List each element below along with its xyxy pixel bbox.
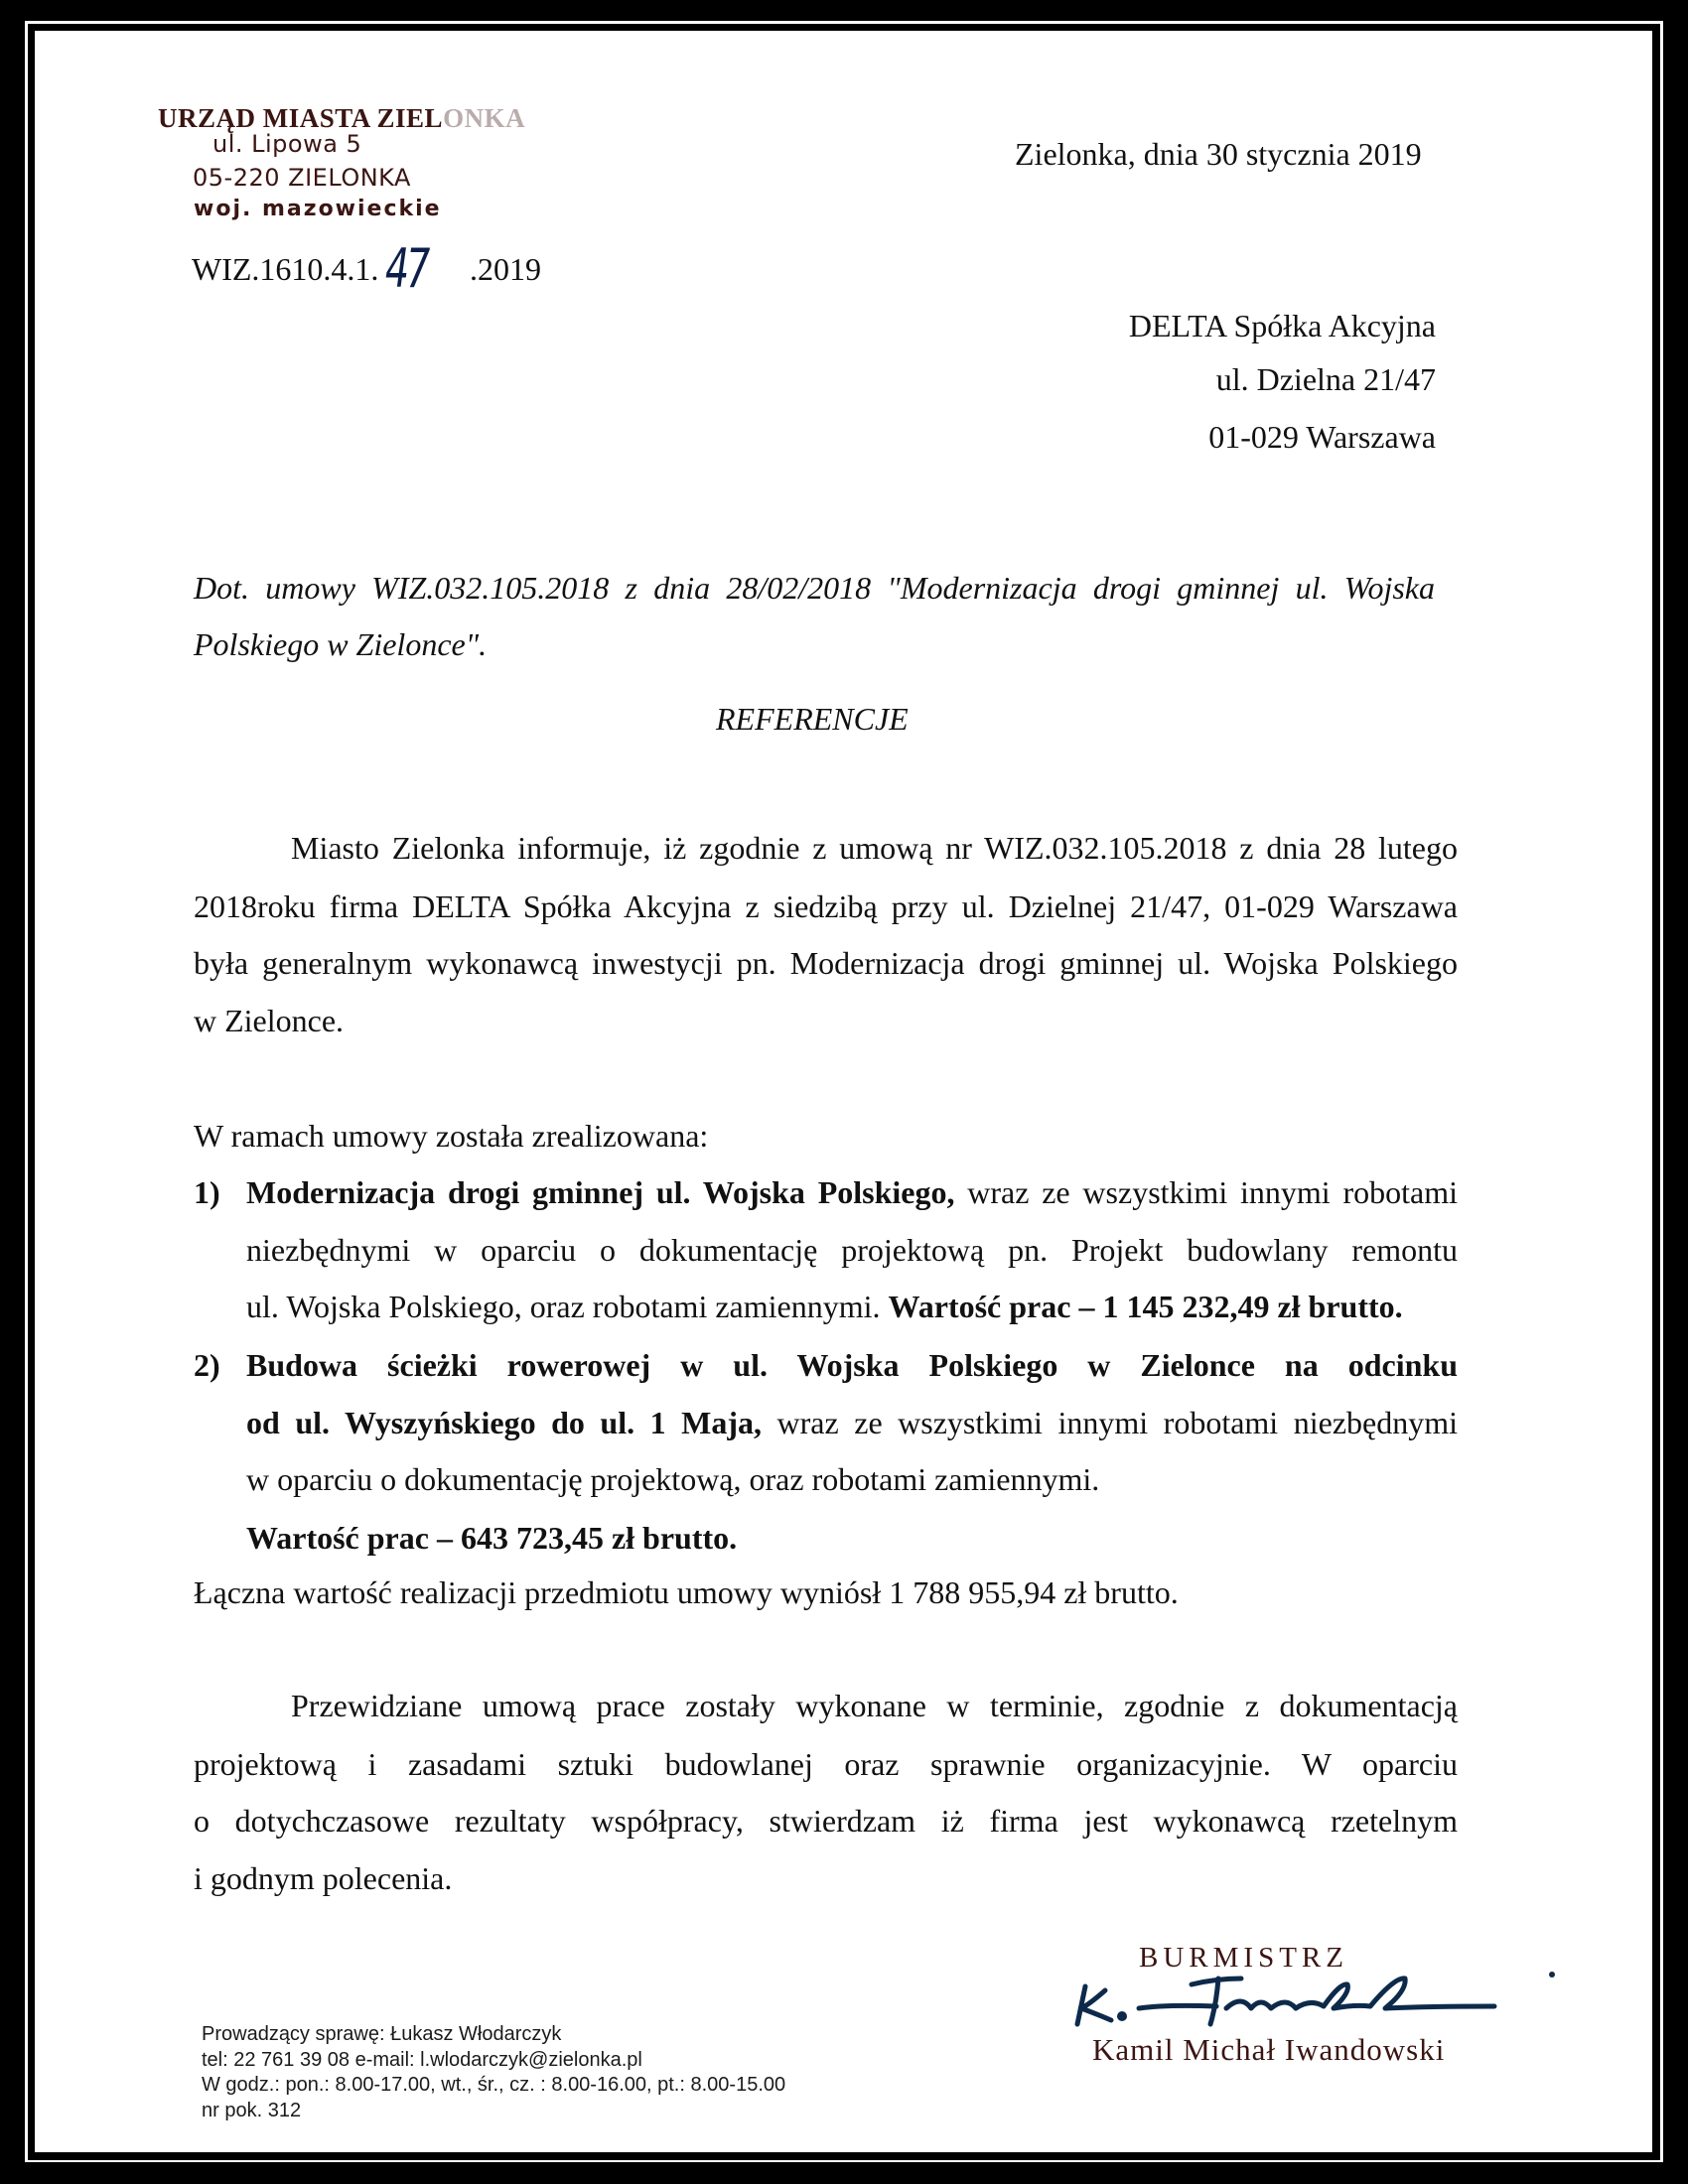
- paragraph-recommendation-line: o dotychczasowe rezultaty współpracy, st…: [194, 1805, 1458, 1837]
- paragraph-recommendation-line: i godnym polecenia.: [194, 1862, 452, 1894]
- item-number: 2): [194, 1349, 220, 1381]
- item-title: Modernizacja drogi gminnej ul. Wojska Po…: [246, 1174, 954, 1210]
- paragraph-intro-line: w Zielonce.: [194, 1005, 344, 1036]
- reference-prefix: WIZ.1610.4.1.: [192, 251, 378, 287]
- item-title: Budowa ścieżki rowerowej w ul. Wojska Po…: [246, 1349, 1458, 1381]
- footer-case-officer: Prowadzący sprawę: Łukasz Włodarczyk: [202, 2023, 561, 2046]
- paragraph-intro-line: była generalnym wykonawcą inwestycji pn.…: [194, 947, 1458, 979]
- item-line: ul. Wojska Polskiego, oraz robotami zami…: [246, 1291, 1403, 1322]
- recipient-name: DELTA Spółka Akcyjna: [1129, 308, 1436, 344]
- item-line: niezbędnymi w oparciu o dokumentację pro…: [246, 1234, 1458, 1266]
- item-title-cont: od ul. Wyszyńskiego do ul. 1 Maja,: [246, 1405, 762, 1440]
- stamp-city: 05-220 ZIELONKA: [193, 164, 411, 192]
- item-value: Wartość prac – 643 723,45 zł brutto.: [246, 1522, 737, 1554]
- paragraph-recommendation-line: projektową i zasadami sztuki budowlanej …: [194, 1748, 1458, 1780]
- item-text: ul. Wojska Polskiego, oraz robotami zami…: [246, 1289, 889, 1324]
- letter-page: URZĄD MIASTA ZIELONKA ul. Lipowa 5 05-22…: [35, 31, 1652, 2152]
- item-line: Modernizacja drogi gminnej ul. Wojska Po…: [246, 1176, 1458, 1208]
- paragraph-recommendation-line: Przewidziane umową prace zostały wykonan…: [291, 1690, 1458, 1721]
- item-number: 1): [194, 1176, 220, 1208]
- footer-contact-details: tel: 22 761 39 08 e-mail: l.wlodarczyk@z…: [202, 2049, 642, 2072]
- handwritten-reference-number: 47: [385, 237, 428, 300]
- signatory-name: Kamil Michał Iwandowski: [1092, 2032, 1445, 2068]
- reference-suffix: .2019: [470, 251, 541, 288]
- handwritten-signature-icon: [1067, 1965, 1564, 2034]
- footer-room-number: nr pok. 312: [202, 2100, 301, 2122]
- item-line: od ul. Wyszyńskiego do ul. 1 Maja, wraz …: [246, 1407, 1458, 1438]
- stamp-voivodeship: woj. mazowieckie: [194, 197, 442, 221]
- item-text: wraz ze wszystkimi innymi robotami: [954, 1174, 1458, 1210]
- reference-number: WIZ.1610.4.1.: [192, 251, 378, 288]
- item-value: Wartość prac – 1 145 232,49 zł brutto.: [889, 1289, 1403, 1324]
- footer-office-hours: W godz.: pon.: 8.00-17.00, wt., śr., cz.…: [202, 2074, 785, 2097]
- place-date: Zielonka, dnia 30 stycznia 2019: [1015, 136, 1422, 173]
- recipient-street: ul. Dzielna 21/47: [1216, 361, 1436, 398]
- item-line: w oparciu o dokumentację projektową, ora…: [246, 1463, 1099, 1495]
- stamp-street: ul. Lipowa 5: [212, 130, 361, 158]
- item-text: wraz ze wszystkimi innymi robotami niezb…: [762, 1405, 1458, 1440]
- paragraph-intro-line: 2018roku firma DELTA Spółka Akcyjna z si…: [194, 890, 1458, 922]
- stamp-office-name-main: URZĄD MIASTA ZIEL: [158, 103, 443, 133]
- stamp-office-name-faded: ONKA: [443, 103, 525, 133]
- subject-line-1: Dot. umowy WIZ.032.105.2018 z dnia 28/02…: [194, 572, 1435, 604]
- paragraph-intro-line: Miasto Zielonka informuje, iż zgodnie z …: [291, 832, 1458, 864]
- scope-intro: W ramach umowy została zrealizowana:: [194, 1120, 708, 1152]
- recipient-city: 01-029 Warszawa: [1208, 419, 1436, 456]
- total-value: Łączna wartość realizacji przedmiotu umo…: [194, 1576, 1179, 1608]
- document-title: REFERENCJE: [716, 703, 909, 735]
- subject-line-2: Polskiego w Zielonce".: [194, 628, 487, 660]
